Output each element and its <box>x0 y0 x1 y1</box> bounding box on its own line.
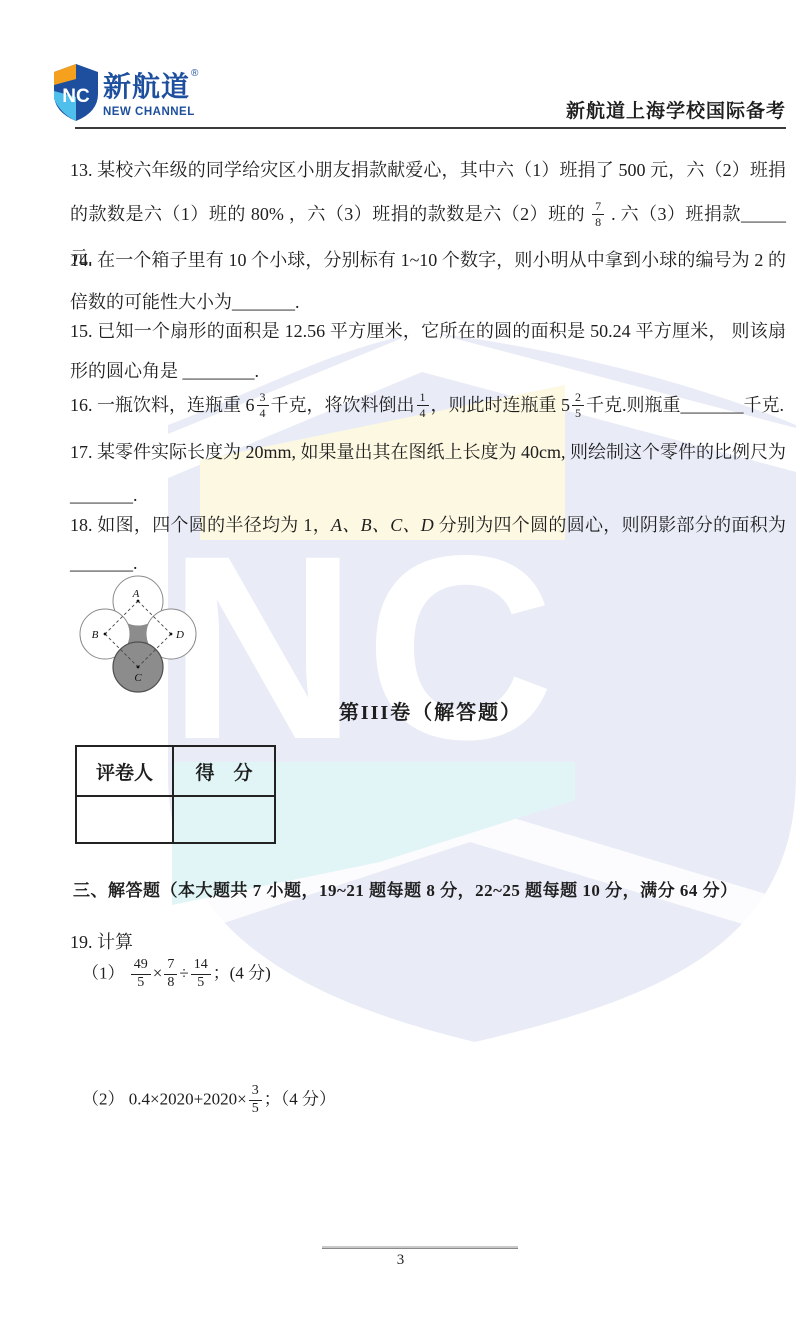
label-a: A <box>132 588 140 600</box>
shaded-center-region <box>128 624 148 644</box>
q19-item2-expr: 0.4×2020+2020× <box>129 1090 247 1109</box>
q19-label: 19. 计算 <box>70 928 133 954</box>
grading-table-value-row <box>76 796 275 843</box>
grader-label-cell: 评卷人 <box>76 746 173 796</box>
q19-item2-pre: （2） <box>82 1090 129 1109</box>
q16-text-2: 千克，将饮料倒出 <box>271 395 415 415</box>
header-rule <box>75 127 786 129</box>
q19-item2-post: ；（4 分） <box>264 1090 336 1109</box>
q13-fraction: 78 <box>592 200 604 228</box>
logo-monogram: NC <box>62 86 90 107</box>
q19-item1-post: ；(4 分) <box>213 964 271 983</box>
registered-mark-icon: ® <box>191 68 199 79</box>
q18-text-1: 18. 如图，四个圆的半径均为 1， <box>70 515 331 535</box>
grading-table-header-row: 评卷人 得 分 <box>76 746 275 796</box>
q19-item2-fraction: 35 <box>249 1084 262 1116</box>
footer-rule <box>322 1246 518 1249</box>
q16-text-1: 16. 一瓶饮料，连瓶重 6 <box>70 395 255 415</box>
q19-item-2: （2） 0.4×2020+2020×35；（4 分） <box>82 1084 336 1116</box>
q17-text: 17. 某零件实际长度为 20mm, 如果量出其在图纸上长度为 40cm, 则绘… <box>70 442 786 505</box>
q19-item1-op-2: ÷ <box>179 964 188 983</box>
label-c: C <box>134 672 142 684</box>
q16-fraction-2: 14 <box>417 391 429 419</box>
q19-item1-fraction-2: 78 <box>164 958 177 990</box>
exam-page: NC NC 新航道 ® NEW CHANNEL 新航道上海学校国际备考 13. … <box>0 0 801 1331</box>
four-circles-diagram: A B D C <box>70 572 220 700</box>
part3-heading: 三、解答题（本大题共 7 小题，19~21 题每题 8 分，22~25 题每题 … <box>73 876 793 901</box>
score-label-cell: 得 分 <box>173 746 275 796</box>
page-content: NC 新航道 ® NEW CHANNEL 新航道上海学校国际备考 13. 某校六… <box>0 0 801 1331</box>
question-18: 18. 如图，四个圆的半径均为 1，A、B、C、D 分别为四个圆的圆心，则阴影部… <box>70 506 786 582</box>
q19-item1-fraction-1: 495 <box>131 958 151 990</box>
grader-value-cell <box>76 796 173 843</box>
q19-item1-op-1: × <box>153 964 163 983</box>
page-header-title: 新航道上海学校国际备考 <box>566 96 786 123</box>
q18-center-names: A、B、C、D <box>331 515 434 535</box>
q15-text: 15. 已知一个扇形的面积是 12.56 平方厘米，它所在的圆的面积是 50.2… <box>70 321 786 381</box>
q19-item1-pre: （1） <box>82 964 129 983</box>
q16-text-4: 千克.则瓶重_______千克. <box>586 395 784 415</box>
section3-title: 第III卷（解答题） <box>75 696 786 725</box>
question-17: 17. 某零件实际长度为 20mm, 如果量出其在图纸上长度为 40cm, 则绘… <box>70 431 786 517</box>
score-value-cell <box>173 796 275 843</box>
q16-fraction-3: 25 <box>572 391 584 419</box>
question-16: 16. 一瓶饮料，连瓶重 634千克，将饮料倒出14，则此时连瓶重 525千克.… <box>70 384 786 426</box>
nc-shield-logo: NC 新航道 ® NEW CHANNEL <box>53 62 208 124</box>
q16-text-3: ，则此时连瓶重 5 <box>431 395 571 415</box>
q19-item1-fraction-3: 145 <box>191 958 211 990</box>
label-b: B <box>92 629 99 641</box>
q19-item-1: （1） 495×78÷145；(4 分) <box>82 958 271 990</box>
page-number: 3 <box>0 1252 801 1269</box>
grading-table: 评卷人 得 分 <box>75 745 276 844</box>
logo-brand-cn: 新航道 <box>103 71 190 102</box>
q14-text: 14. 在一个箱子里有 10 个小球，分别标有 1~10 个数字，则小明从中拿到… <box>70 250 786 312</box>
label-d: D <box>175 629 184 641</box>
question-15: 15. 已知一个扇形的面积是 12.56 平方厘米，它所在的圆的面积是 50.2… <box>70 311 786 391</box>
logo-brand-en: NEW CHANNEL <box>103 106 195 118</box>
q16-fraction-1: 34 <box>257 391 269 419</box>
